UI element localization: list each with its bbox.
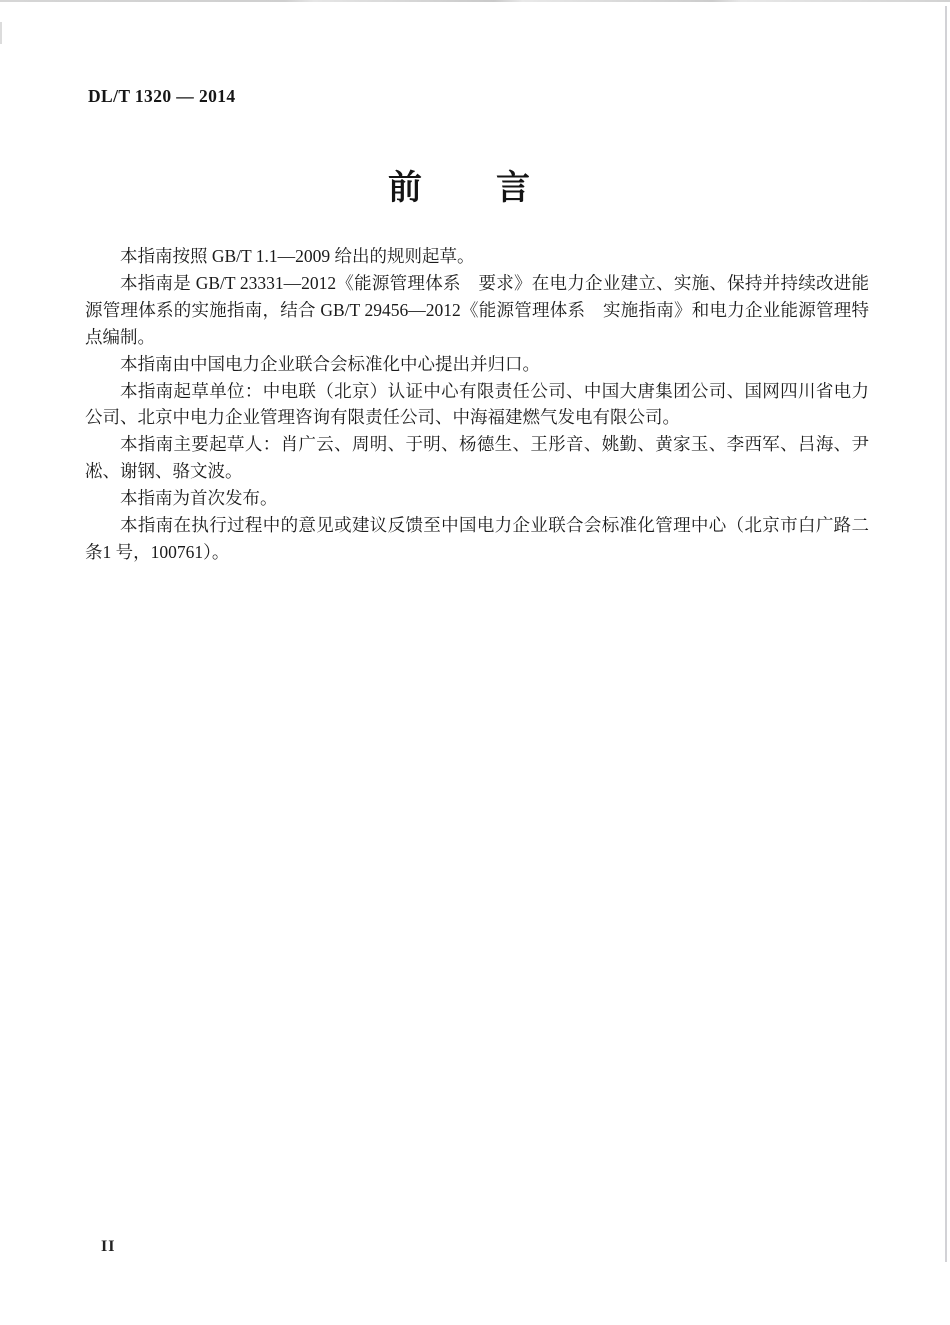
paragraph-first-release: 本指南为首次发布。 <box>85 485 869 512</box>
page-title: 前 言 <box>0 160 920 209</box>
paragraph-drafting-rules: 本指南按照 GB/T 1.1—2009 给出的规则起草。 <box>85 243 869 270</box>
paragraph-feedback-address: 本指南在执行过程中的意见或建议反馈至中国电力企业联合会标准化管理中心（北京市白广… <box>85 512 869 566</box>
document-page: DL/T 1320 — 2014 前 言 本指南按照 GB/T 1.1—2009… <box>0 0 950 1325</box>
scan-edge-top <box>0 0 950 2</box>
page-number: II <box>101 1238 115 1256</box>
standard-number: DL/T 1320 — 2014 <box>88 86 236 107</box>
scan-edge-left <box>0 22 2 44</box>
foreword-body: 本指南按照 GB/T 1.1—2009 给出的规则起草。 本指南是 GB/T 2… <box>85 243 869 566</box>
paragraph-proposed-by: 本指南由中国电力企业联合会标准化中心提出并归口。 <box>85 351 869 378</box>
paragraph-chief-drafters: 本指南主要起草人：肖广云、周明、于明、杨德生、王彤音、姚勤、黄家玉、李西军、吕海… <box>85 431 869 485</box>
scan-edge-right <box>945 6 947 1262</box>
paragraph-drafting-organizations: 本指南起草单位：中电联（北京）认证中心有限责任公司、中国大唐集团公司、国网四川省… <box>85 378 869 432</box>
paragraph-basis: 本指南是 GB/T 23331—2012《能源管理体系 要求》在电力企业建立、实… <box>85 270 869 351</box>
